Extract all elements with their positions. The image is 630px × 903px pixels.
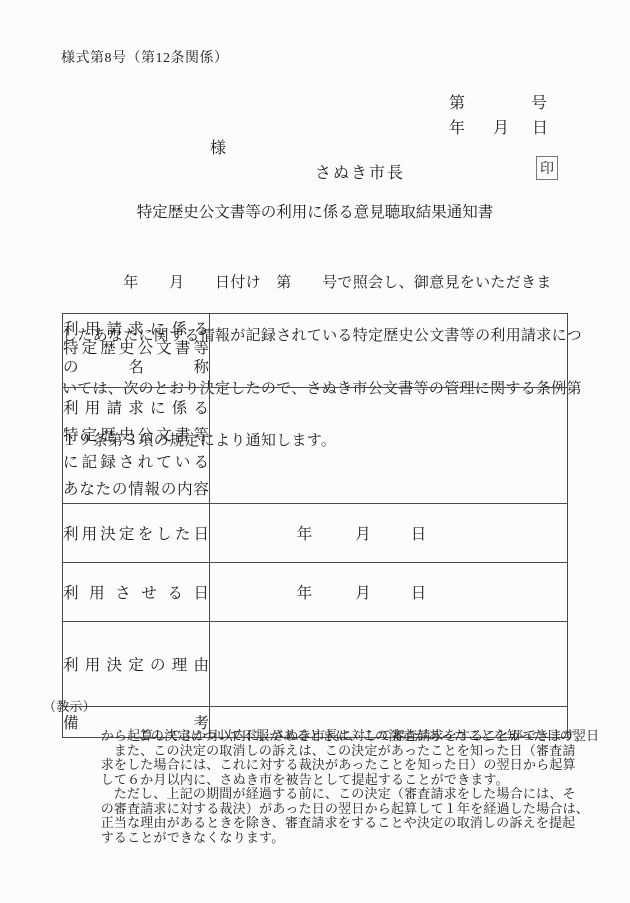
row-label-line: 利用決定の理由 (63, 653, 209, 675)
footnote-line: 求をした場合には、これに対する裁決があったことを知った日）の翌日から起算 (0, 744, 630, 759)
row-label-line: の名称 (63, 358, 209, 377)
row-value-decision-reason (210, 622, 568, 707)
footnote-line: の審査請求に対する裁決）があった日の翌日から起算して１年を経過した場合は、 (0, 787, 630, 802)
month-label: 月 (355, 526, 371, 543)
issue-date-day-label: 日 (532, 120, 548, 137)
footnote-line: （教示） この決定について不服があるときは、この決定があったことを知った日の翌日 (0, 700, 630, 715)
row-value-decision-date: 年月日 (210, 504, 568, 563)
row-value-recorded-info (210, 388, 568, 504)
day-label: 日 (411, 585, 427, 602)
footnote-line: することができなくなります。 (0, 816, 630, 831)
date-placeholder: 年月日 (210, 563, 567, 621)
row-label-document-name: 利用請求に係る 特定歴史公文書等 の名称 (63, 314, 210, 388)
date-placeholder: 年月日 (210, 504, 567, 562)
table-row-decision-date: 利用決定をした日 年月日 (63, 504, 568, 563)
footnote-line: 正当な理由があるときを除き、審査請求をすることや決定の取消しの訴えを提起 (0, 802, 630, 817)
table-row-use-date: 利用させる日 年月日 (63, 563, 568, 622)
row-label-line: に記録されている (63, 449, 209, 476)
year-label: 年 (297, 585, 313, 602)
document-title: 特定歴史公文書等の利用に係る意見聴取結果通知書 (0, 200, 630, 222)
recipient-suffix: 様 (210, 135, 226, 158)
notification-form-page: 様式第8号（第12条関係） 第号 年月日 様 さぬき市長 印 特定歴史公文書等の… (0, 0, 630, 903)
issue-date-line: 年月日 (433, 97, 548, 156)
row-label-line: あなたの情報の内容 (63, 476, 209, 503)
form-number: 様式第8号（第12条関係） (61, 47, 229, 67)
month-label: 月 (355, 585, 371, 602)
row-label-use-date: 利用させる日 (63, 563, 210, 622)
sender-name: さぬき市長 (315, 160, 405, 183)
footnote-line: ただし、上記の期間が経過する前に、この決定（審査請求をした場合には、そ (0, 773, 630, 788)
table-row-document-name: 利用請求に係る 特定歴史公文書等 の名称 (63, 314, 568, 388)
row-label-line: 利用請求に係る (63, 320, 209, 339)
row-label-recorded-info: 利用請求に係る 特定歴史公文書等 に記録されている あなたの情報の内容 (63, 388, 210, 504)
row-label-decision-date: 利用決定をした日 (63, 504, 210, 563)
row-value-use-date: 年月日 (210, 563, 568, 622)
body-line: 年 月 日付け 第 号で照会し、御意見をいただきま (62, 274, 570, 293)
issue-date-year-label: 年 (449, 120, 465, 137)
day-label: 日 (411, 526, 427, 543)
footnote-line: また、この決定の取消しの訴えは、この決定があったことを知った日（審査請 (0, 729, 630, 744)
notification-table: 利用請求に係る 特定歴史公文書等 の名称 利用請求に係る 特定歴史公文書等 に記… (62, 313, 568, 738)
issue-date-month-label: 月 (493, 120, 509, 137)
footnote-block: （教示） この決定について不服があるときは、この決定があったことを知った日の翌日… (0, 700, 630, 831)
table-row-decision-reason: 利用決定の理由 (63, 622, 568, 707)
row-label-decision-reason: 利用決定の理由 (63, 622, 210, 707)
row-label-line: 利用決定をした日 (63, 522, 209, 544)
seal-box: 印 (536, 156, 558, 180)
footnote-label: （教示） (43, 700, 96, 715)
row-label-line: 利用請求に係る (63, 395, 209, 422)
footnote-line: して６か月以内に、さぬき市を被告として提起することができます。 (0, 758, 630, 773)
footnote-text: することができなくなります。 (101, 831, 285, 846)
row-label-line: 利用させる日 (63, 581, 209, 603)
table-row-recorded-info: 利用請求に係る 特定歴史公文書等 に記録されている あなたの情報の内容 (63, 388, 568, 504)
row-value-document-name (210, 314, 568, 388)
footnote-line: から起算して３か月以内に、さぬき市長に対して審査請求をすることができます。 (0, 715, 630, 730)
row-label-line: 特定歴史公文書等 (63, 422, 209, 449)
year-label: 年 (297, 526, 313, 543)
seal-label: 印 (540, 158, 554, 178)
row-label-line: 特定歴史公文書等 (63, 339, 209, 358)
